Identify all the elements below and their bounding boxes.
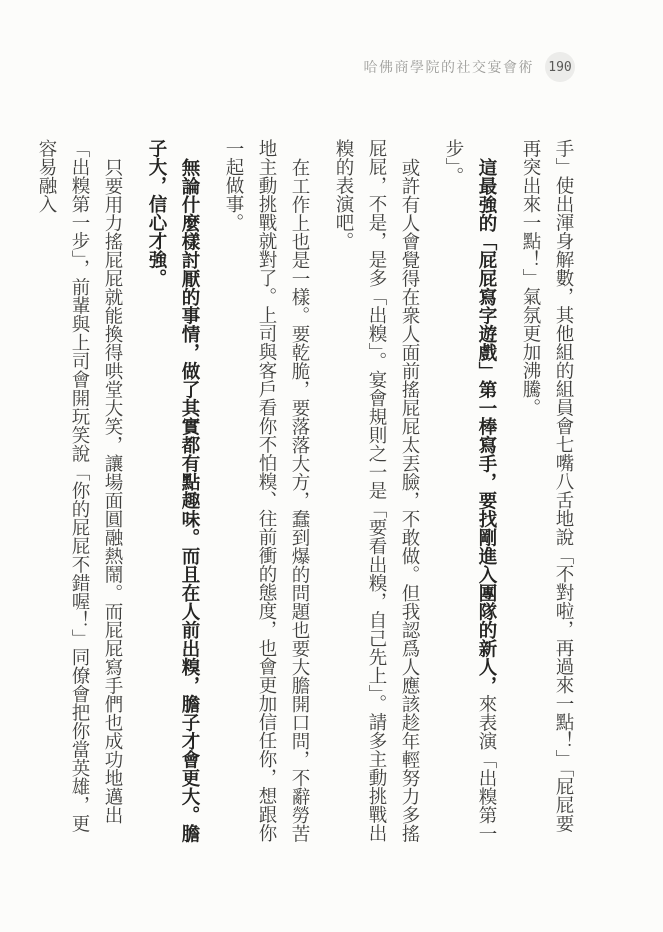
paragraph-1: 手」使出渾身解數，其他組的組員會七嘴八舌地說「不對啦，再過來一點！」「屁屁要再突… xyxy=(513,139,579,845)
running-head-title: 哈佛商學院的社交宴會術 xyxy=(364,57,535,77)
paragraph-6: 只要用力搖屁屁就能換得哄堂大笑，讓場面圓融熱鬧。而屁屁寫手們也成功地邁出「出糗第… xyxy=(29,139,128,845)
page-text: 手」使出渾身解數，其他組的組員會七嘴八舌地說「不對啦，再過來一點！」「屁屁要再突… xyxy=(29,139,579,845)
running-header: 哈佛商學院的社交宴會術 190 xyxy=(364,52,576,82)
bold-text-run: 這最強的「屁屁寫字遊戲」第一棒寫手，要找剛進入團隊的新人， xyxy=(476,158,496,695)
bold-text-run: 無論什麼樣討厭的事情，做了其實都有點趣味。而且在人前出糗，膽子才會更大。膽子大，… xyxy=(146,139,199,842)
paragraph-5: 無論什麼樣討厭的事情，做了其實都有點趣味。而且在人前出糗，膽子才會更大。膽子大，… xyxy=(139,139,205,845)
book-page: { "header": { "running_head": "哈佛商學院的社交宴… xyxy=(0,0,663,932)
paragraph-2: 這最強的「屁屁寫字遊戲」第一棒寫手，要找剛進入團隊的新人，來表演「出糗第一步」。 xyxy=(436,139,502,845)
text-run: 手」使出渾身解數，其他組的組員會七嘴八舌地說「不對啦，再過來一點！」「屁屁要再突… xyxy=(520,139,573,833)
paragraph-3: 或許有人會覺得在衆人面前搖屁屁太丟臉，不敢做。但我認爲人應該趁年輕努力多搖屁屁，… xyxy=(326,139,425,845)
text-run: 或許有人會覺得在衆人面前搖屁屁太丟臉，不敢做。但我認爲人應該趁年輕努力多搖屁屁，… xyxy=(333,139,419,842)
text-run: 只要用力搖屁屁就能換得哄堂大笑，讓場面圓融熱鬧。而屁屁寫手們也成功地邁出「出糗第… xyxy=(36,139,122,833)
page-number-badge: 190 xyxy=(545,52,575,82)
paragraph-4: 在工作上也是一樣。要乾脆，要落落大方，蠢到爆的問題也要大膽開口問，不辭勞苦地主動… xyxy=(216,139,315,845)
text-run: 在工作上也是一樣。要乾脆，要落落大方，蠢到爆的問題也要大膽開口問，不辭勞苦地主動… xyxy=(223,139,309,842)
